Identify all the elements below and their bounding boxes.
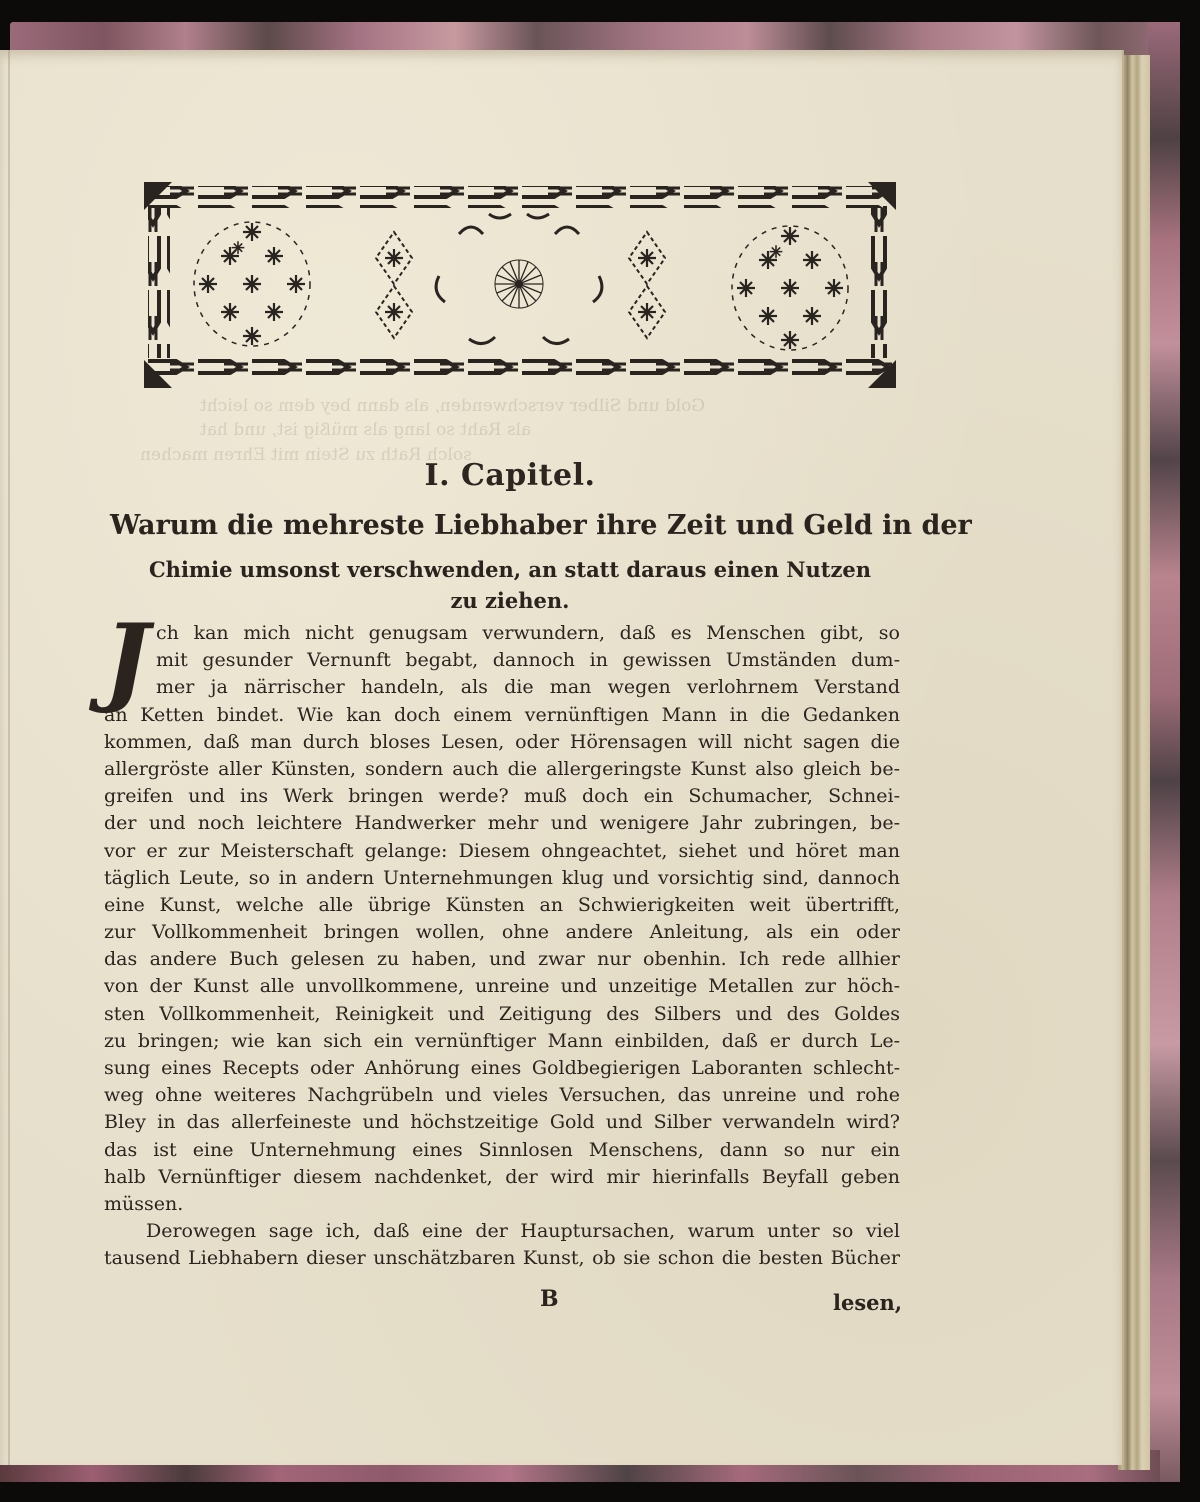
- signature-mark: B: [540, 1286, 559, 1312]
- chapter-heading-line-2: Chimie umsonst verschwenden, an statt da…: [100, 557, 920, 582]
- text-line: das ist eine Unternehmung eines Sinnlose…: [104, 1137, 900, 1164]
- text-line: kommen, daß man durch bloses Lesen, oder…: [104, 729, 900, 756]
- text-line: halb Vernünftiger diesem nachdenket, der…: [104, 1164, 900, 1191]
- body-text: ch kan mich nicht genugsam verwundern, d…: [104, 620, 900, 1273]
- text-line: vor er zur Meisterschaft gelange: Diesem…: [104, 838, 900, 865]
- text-line: das andere Buch gelesen zu haben, und zw…: [104, 946, 900, 973]
- chapter-number-title: I. Capitel.: [100, 458, 920, 493]
- text-line: von der Kunst alle unvollkommene, unrein…: [104, 973, 900, 1000]
- text-line: zur Vollkommenheit bringen wollen, ohne …: [104, 919, 900, 946]
- text-line: der und noch leichtere Handwerker mehr u…: [104, 810, 900, 837]
- text-line: ch kan mich nicht genugsam verwundern, d…: [104, 620, 900, 647]
- text-line: Bley in das allerfeineste und höchstzeit…: [104, 1109, 900, 1136]
- text-line: greifen und ins Werk bringen werde? muß …: [104, 783, 900, 810]
- text-line: müssen.: [104, 1191, 900, 1218]
- text-line: an Ketten bindet. Wie kan doch einem ver…: [104, 702, 900, 729]
- book-cover-right-marbled-edge: [1148, 22, 1180, 1482]
- text-line: zu bringen; wie kan sich ein vernünftige…: [104, 1028, 900, 1055]
- gutter-line: [8, 50, 10, 1465]
- catchword: lesen,: [833, 1290, 902, 1315]
- show-through-text: Gold und Silber verschwenden, als dann b…: [200, 396, 705, 416]
- text-line: weg ohne weiteres Nachgrübeln und vieles…: [104, 1082, 900, 1109]
- text-line: Derowegen sage ich, daß eine der Hauptur…: [104, 1218, 900, 1245]
- text-line: tausend Liebhabern dieser unschätzbaren …: [104, 1245, 900, 1272]
- text-line: mit gesunder Vernunft begabt, dannoch in…: [104, 647, 900, 674]
- text-line: allergröste aller Künsten, sondern auch …: [104, 756, 900, 783]
- chapter-heading-line-1: Warum die mehreste Liebhaber ihre Zeit u…: [110, 510, 910, 541]
- text-line: sung eines Recepts oder Anhörung eines G…: [104, 1055, 900, 1082]
- text-line: eine Kunst, welche alle übrige Künsten a…: [104, 892, 900, 919]
- text-line: mer ja närrischer handeln, als die man w…: [104, 674, 900, 701]
- chapter-heading-line-3: zu ziehen.: [100, 588, 920, 613]
- text-line: täglich Leute, so in andern Unternehmung…: [104, 865, 900, 892]
- show-through-text: als Raht so lang als müßig ist, und hat: [200, 420, 531, 440]
- text-line: sten Vollkommenheit, Reinigkeit und Zeit…: [104, 1001, 900, 1028]
- woodcut-headpiece-ornament: [142, 180, 898, 390]
